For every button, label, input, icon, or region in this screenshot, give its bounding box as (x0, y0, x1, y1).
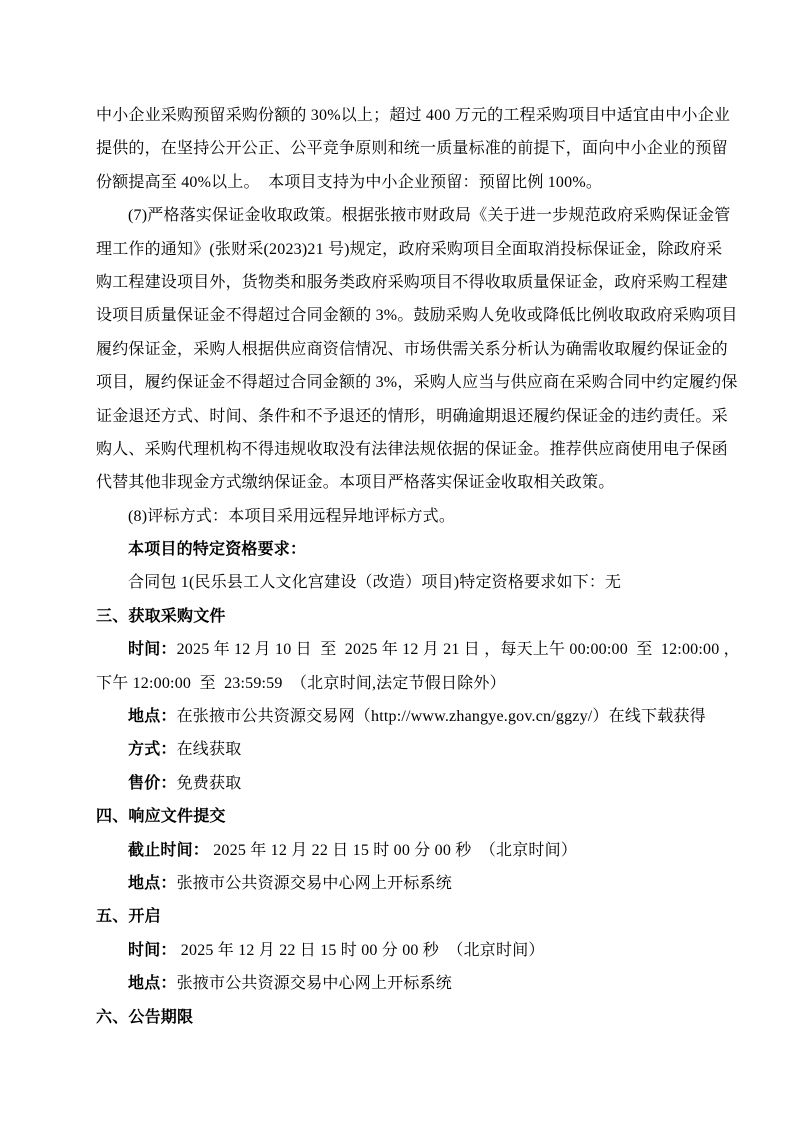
body-text: (7)严格落实保证金收取政策。根据张掖市财政局《关于进一步规范政府采购保证金管 (128, 207, 730, 224)
body-text: 在线获取 (177, 741, 242, 758)
document-line: 售价：免费获取 (96, 767, 736, 800)
label-text: 地点： (128, 708, 177, 725)
body-text: 理工作的通知》(张财采(2023)21 号)规定，政府采购项目全面取消投标保证金… (96, 241, 722, 258)
label-text: 六、公告期限 (96, 1009, 193, 1026)
body-text: 张掖市公共资源交易中心网上开标系统 (177, 975, 452, 992)
document-line: 份额提高至 40%以上。 本项目支持为中小企业预留：预留比例 100%。 (96, 166, 736, 199)
body-text: 份额提高至 40%以上。 本项目支持为中小企业预留：预留比例 100%。 (96, 174, 602, 191)
label-text: 三、获取采购文件 (96, 608, 226, 625)
label-text: 本项目的特定资格要求： (128, 541, 306, 558)
document-line: (7)严格落实保证金收取政策。根据张掖市财政局《关于进一步规范政府采购保证金管 (96, 199, 736, 232)
document-line: 时间： 2025 年 12 月 22 日 15 时 00 分 00 秒 （北京时… (96, 934, 736, 967)
body-text: 代替其他非现金方式缴纳保证金。本项目严格落实保证金收取相关政策。 (96, 474, 614, 491)
document-line: 本项目的特定资格要求： (96, 533, 736, 566)
body-text: 项目，履约保证金不得超过合同金额的 3%，采购人应当与供应商在采购合同中约定履约… (96, 374, 738, 391)
document-line: 中小企业采购预留采购份额的 30%以上；超过 400 万元的工程采购项目中适宜由… (96, 99, 736, 132)
body-text: 2025 年 12 月 22 日 15 时 00 分 00 秒 （北京时间） (177, 942, 545, 959)
document-line: 时间：2025 年 12 月 10 日 至 2025 年 12 月 21 日 ，… (96, 633, 736, 666)
document-line: 五、开启 (96, 900, 736, 933)
body-text: 提供的，在坚持公开公正、公平竞争原则和统一质量标准的前提下，面向中小企业的预留 (96, 140, 728, 157)
body-text: 中小企业采购预留采购份额的 30%以上；超过 400 万元的工程采购项目中适宜由… (96, 107, 730, 124)
document-line: 截止时间： 2025 年 12 月 22 日 15 时 00 分 00 秒 （北… (96, 834, 736, 867)
document-line: 设项目质量保证金不得超过合同金额的 3%。鼓励采购人免收或降低比例收取政府采购项… (96, 299, 736, 332)
body-text: 购人、采购代理机构不得违规收取没有法律法规依据的保证金。推荐供应商使用电子保函 (96, 441, 728, 458)
body-text: 购工程建设项目外，货物类和服务类政府采购项目不得收取质量保证金，政府采购工程建 (96, 274, 728, 291)
label-text: 方式： (128, 741, 177, 758)
document-line: (8)评标方式：本项目采用远程异地评标方式。 (96, 500, 736, 533)
label-text: 截止时间： (128, 842, 209, 859)
body-text: (8)评标方式：本项目采用远程异地评标方式。 (128, 508, 455, 525)
label-text: 售价： (128, 775, 177, 792)
document-line: 三、获取采购文件 (96, 600, 736, 633)
body-text: 下午 12:00:00 至 23:59:59 （北京时间,法定节假日除外） (96, 675, 506, 692)
body-text: 2025 年 12 月 10 日 至 2025 年 12 月 21 日 ，每天上… (177, 641, 740, 658)
document-line: 六、公告期限 (96, 1001, 736, 1034)
label-text: 地点： (128, 875, 177, 892)
body-text: 履约保证金，采购人根据供应商资信情况、市场供需关系分析认为确需收取履约保证金的 (96, 341, 728, 358)
label-text: 四、响应文件提交 (96, 808, 226, 825)
document-line: 履约保证金，采购人根据供应商资信情况、市场供需关系分析认为确需收取履约保证金的 (96, 333, 736, 366)
body-text: 张掖市公共资源交易中心网上开标系统 (177, 875, 452, 892)
label-text: 地点： (128, 975, 177, 992)
label-text: 五、开启 (96, 908, 161, 925)
body-text: 在张掖市公共资源交易网（http://www.zhangye.gov.cn/gg… (177, 708, 706, 725)
document-line: 项目，履约保证金不得超过合同金额的 3%，采购人应当与供应商在采购合同中约定履约… (96, 366, 736, 399)
document-line: 证金退还方式、时间、条件和不予退还的情形，明确逾期退还履约保证金的违约责任。采 (96, 400, 736, 433)
document-line: 方式：在线获取 (96, 733, 736, 766)
body-text: 合同包 1(民乐县工人文化宫建设（改造）项目)特定资格要求如下：无 (128, 574, 621, 591)
body-text: 2025 年 12 月 22 日 15 时 00 分 00 秒 （北京时间） (209, 842, 577, 859)
document-line: 合同包 1(民乐县工人文化宫建设（改造）项目)特定资格要求如下：无 (96, 566, 736, 599)
document-line: 地点：张掖市公共资源交易中心网上开标系统 (96, 967, 736, 1000)
document-line: 购工程建设项目外，货物类和服务类政府采购项目不得收取质量保证金，政府采购工程建 (96, 266, 736, 299)
document-line: 四、响应文件提交 (96, 800, 736, 833)
document-body: 中小企业采购预留采购份额的 30%以上；超过 400 万元的工程采购项目中适宜由… (96, 99, 736, 1034)
document-line: 提供的，在坚持公开公正、公平竞争原则和统一质量标准的前提下，面向中小企业的预留 (96, 132, 736, 165)
document-line: 购人、采购代理机构不得违规收取没有法律法规依据的保证金。推荐供应商使用电子保函 (96, 433, 736, 466)
label-text: 时间： (128, 641, 177, 658)
document-line: 地点：张掖市公共资源交易中心网上开标系统 (96, 867, 736, 900)
document-line: 代替其他非现金方式缴纳保证金。本项目严格落实保证金收取相关政策。 (96, 466, 736, 499)
body-text: 证金退还方式、时间、条件和不予退还的情形，明确逾期退还履约保证金的违约责任。采 (96, 408, 728, 425)
document-line: 下午 12:00:00 至 23:59:59 （北京时间,法定节假日除外） (96, 667, 736, 700)
document-line: 地点：在张掖市公共资源交易网（http://www.zhangye.gov.cn… (96, 700, 736, 733)
body-text: 免费获取 (177, 775, 242, 792)
document-page: 中小企业采购预留采购份额的 30%以上；超过 400 万元的工程采购项目中适宜由… (0, 0, 793, 1122)
body-text: 设项目质量保证金不得超过合同金额的 3%。鼓励采购人免收或降低比例收取政府采购项… (96, 307, 738, 324)
label-text: 时间： (128, 942, 177, 959)
document-line: 理工作的通知》(张财采(2023)21 号)规定，政府采购项目全面取消投标保证金… (96, 233, 736, 266)
